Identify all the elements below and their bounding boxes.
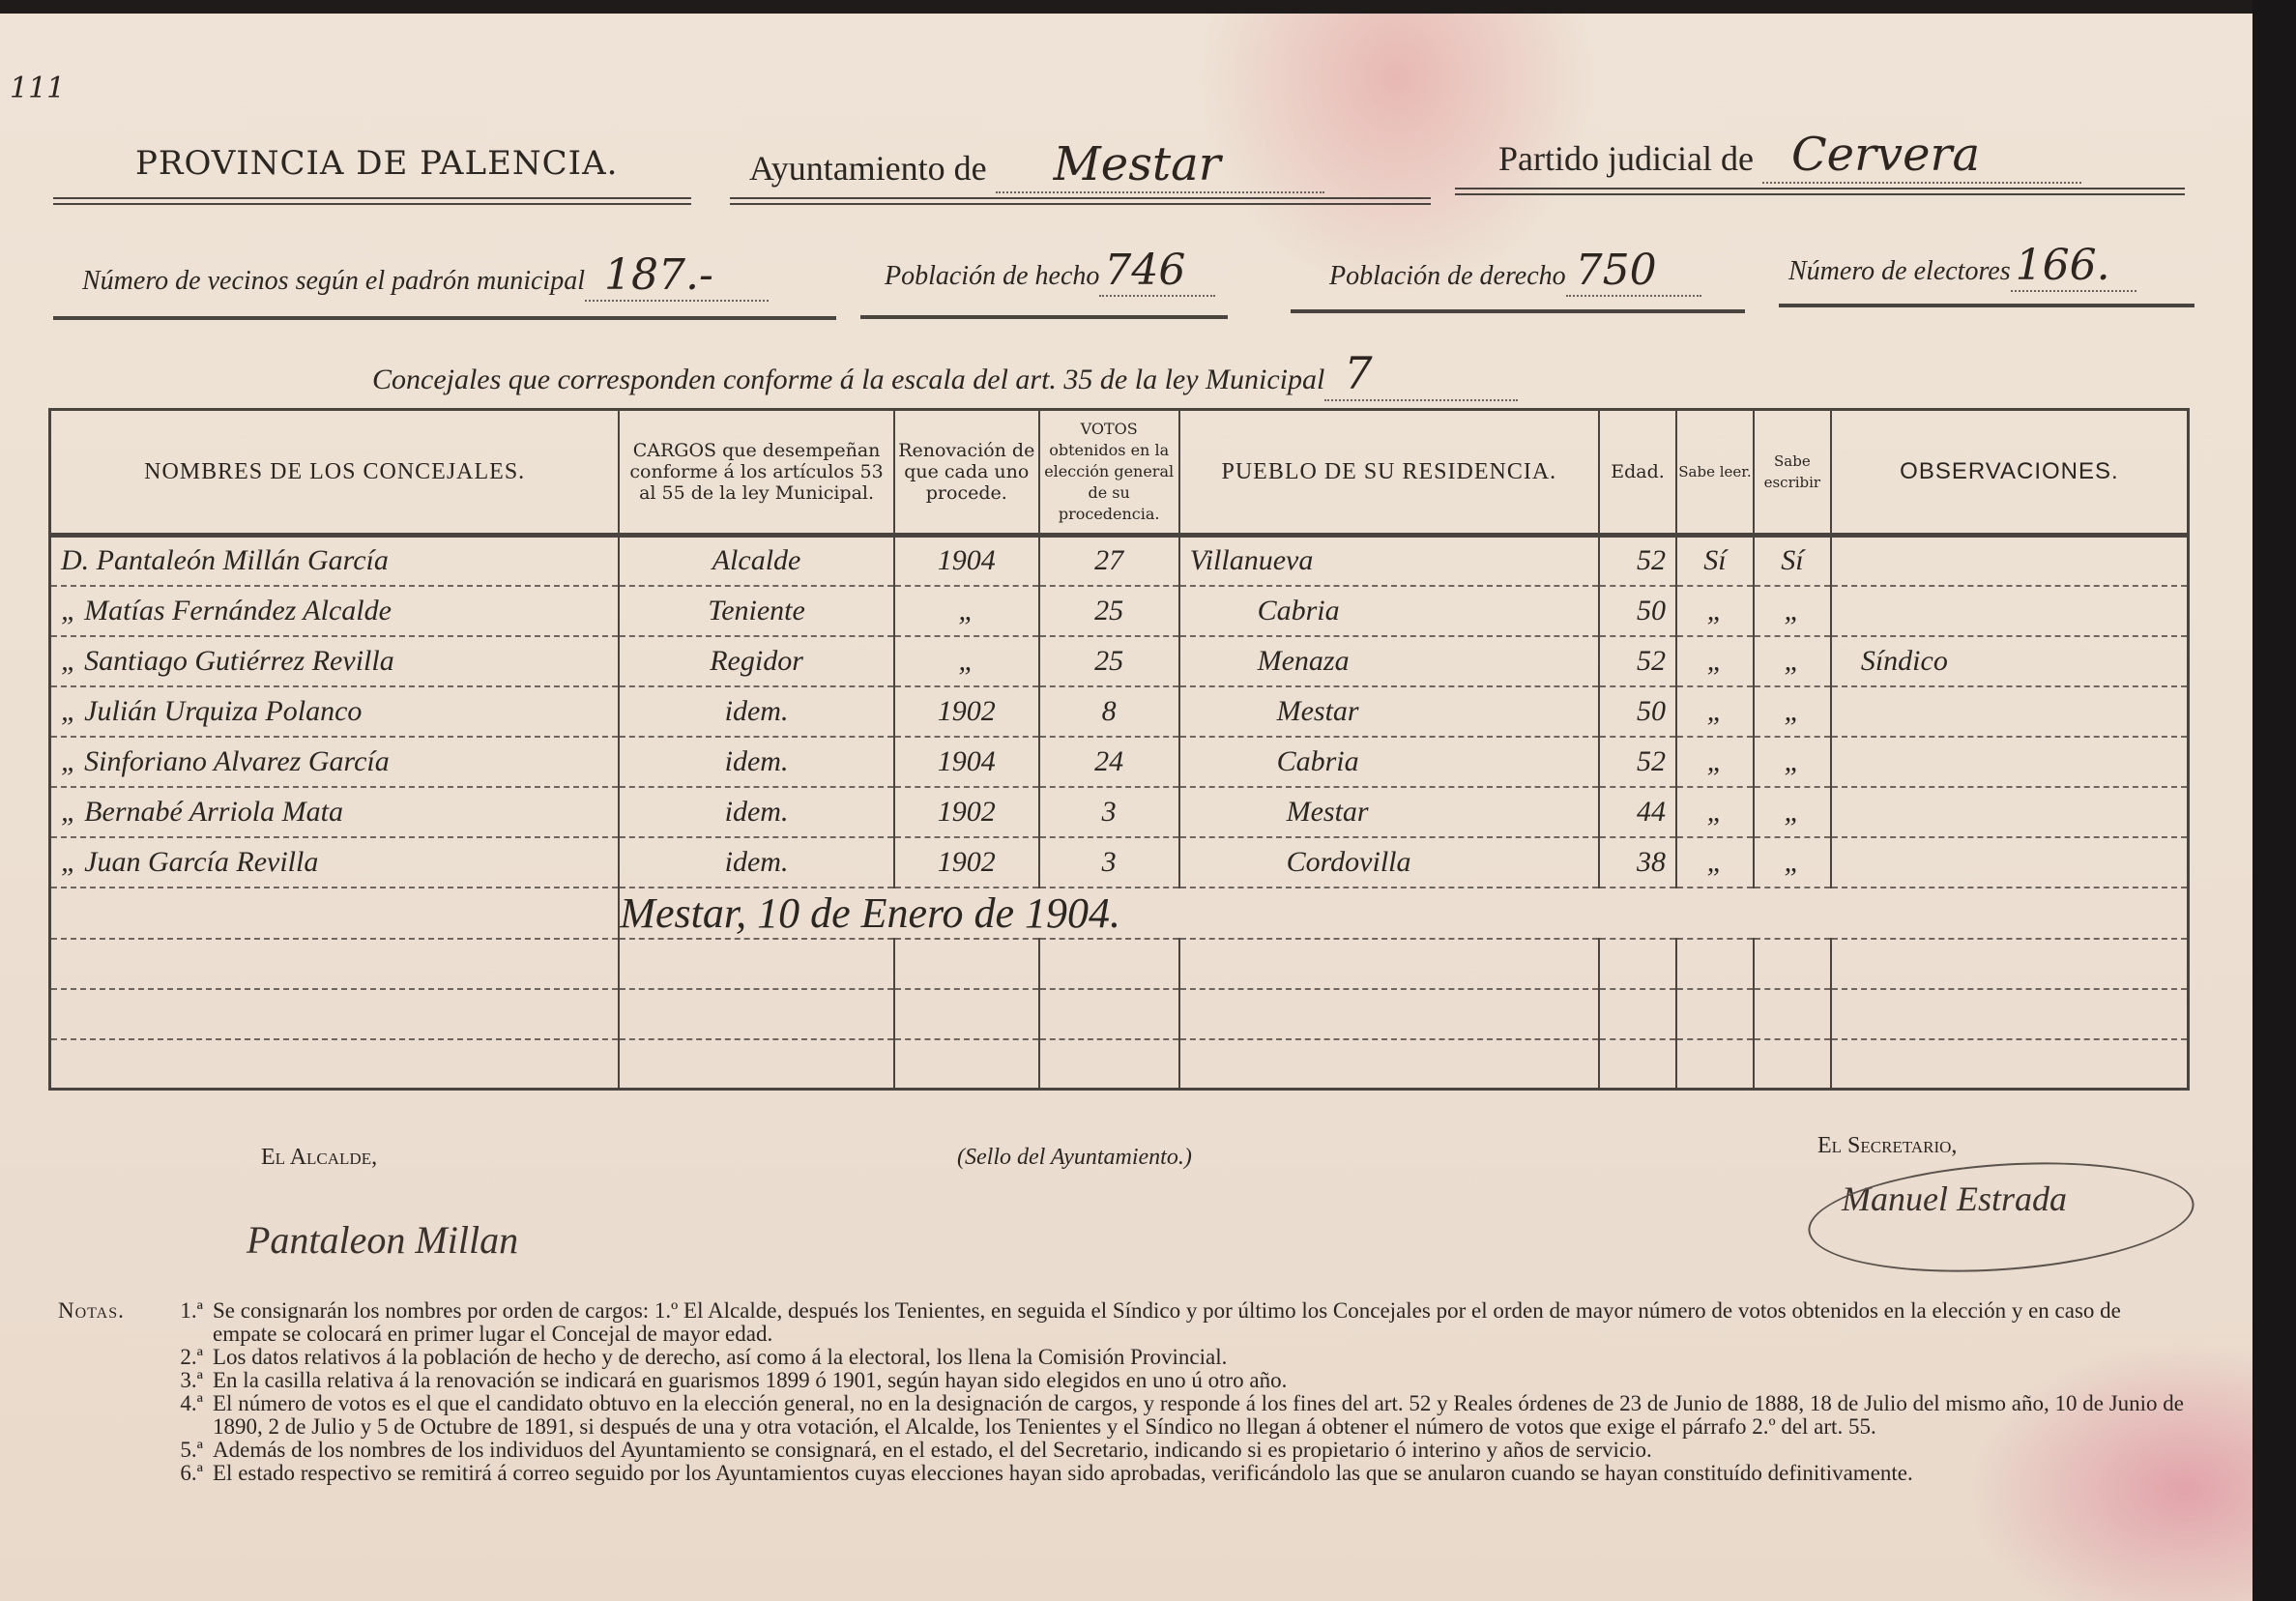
col-nombres: NOMBRES DE LOS CONCEJALES. [50, 410, 620, 536]
cell-renovacion: 1904 [894, 536, 1039, 586]
cell-votos: 25 [1039, 586, 1179, 636]
cell-renovacion: 1902 [894, 837, 1039, 888]
note-number: 2.ª [155, 1346, 213, 1369]
col-observaciones: OBSERVACIONES. [1831, 410, 2189, 536]
cell-cargo: idem. [619, 787, 894, 837]
cell-renovacion: „ [894, 586, 1039, 636]
cell-escribir: „ [1754, 737, 1831, 787]
cell-cargo: Alcalde [619, 536, 894, 586]
header-rule [1455, 188, 2185, 195]
book-spine-edge [2252, 0, 2296, 1601]
cell-leer: „ [1676, 586, 1754, 636]
stats-rule [1779, 304, 2194, 307]
cell-escribir: „ [1754, 837, 1831, 888]
cell-observaciones: Síndico [1831, 636, 2189, 686]
cell-observaciones [1831, 686, 2189, 737]
note-text: En la casilla relativa á la renovación s… [213, 1369, 2185, 1392]
header-rule [730, 197, 1431, 205]
cell-observaciones [1831, 837, 2189, 888]
alcalde-label: El Alcalde, [261, 1145, 377, 1171]
note-number: 1.ª [155, 1299, 213, 1346]
electores-label: Número de electores [1788, 256, 2011, 286]
note-text: Se consignarán los nombres por orden de … [213, 1299, 2185, 1346]
cell-edad: 50 [1599, 686, 1676, 737]
derecho-label: Población de derecho [1329, 261, 1566, 291]
cell-renovacion: 1904 [894, 737, 1039, 787]
cell-votos: 3 [1039, 837, 1179, 888]
table-row: „ Julián Urquiza Polanco idem. 1902 8 Me… [50, 686, 2189, 737]
col-votos: VOTOS obtenidos en la elección general d… [1039, 410, 1179, 536]
cell-escribir: Sí [1754, 536, 1831, 586]
vecinos-label: Número de vecinos según el padrón munici… [82, 266, 585, 296]
cell-leer: „ [1676, 787, 1754, 837]
cell-escribir: „ [1754, 787, 1831, 837]
cell-votos: 24 [1039, 737, 1179, 787]
table-row-empty [50, 939, 2189, 989]
note-number: 5.ª [155, 1439, 213, 1462]
concejales-table: NOMBRES DE LOS CONCEJALES. CARGOS que de… [48, 408, 2190, 1091]
cell-cargo: Teniente [619, 586, 894, 636]
cell-leer: „ [1676, 686, 1754, 737]
cell-pueblo: Menaza [1179, 636, 1599, 686]
cell-nombre: „ Juan García Revilla [50, 837, 620, 888]
partido-value: Cervera [1762, 128, 2081, 184]
cell-leer: Sí [1676, 536, 1754, 586]
electores-value: 166. [2011, 241, 2136, 292]
table-row-empty [50, 1039, 2189, 1090]
cell-nombre: „ Sinforiano Alvarez García [50, 737, 620, 787]
cell-pueblo: Cabria [1179, 737, 1599, 787]
table-row: „ Santiago Gutiérrez Revilla Regidor „ 2… [50, 636, 2189, 686]
page-number: 111 [10, 72, 65, 105]
note-text: El estado respectivo se remitirá á corre… [213, 1462, 2185, 1485]
cell-renovacion: 1902 [894, 787, 1039, 837]
cell-cargo: Regidor [619, 636, 894, 686]
concejales-label: Concejales que corresponden conforme á l… [372, 364, 1324, 395]
col-cargos: CARGOS que desempeñan conforme á los art… [619, 410, 894, 536]
stats-rule [1291, 309, 1745, 313]
provincia-title: PROVINCIA DE PALENCIA. [135, 144, 618, 183]
cell-cargo: idem. [619, 737, 894, 787]
cell-renovacion: 1902 [894, 686, 1039, 737]
cell-nombre: „ Matías Fernández Alcalde [50, 586, 620, 636]
cell-nombre: D. Pantaleón Millán García [50, 536, 620, 586]
cell-escribir: „ [1754, 686, 1831, 737]
cell-edad: 52 [1599, 636, 1676, 686]
table-row: „ Sinforiano Alvarez García idem. 1904 2… [50, 737, 2189, 787]
col-pueblo: PUEBLO DE SU RESIDENCIA. [1179, 410, 1599, 536]
cell-cargo: idem. [619, 837, 894, 888]
table-row-date: Mestar, 10 de Enero de 1904. [50, 888, 2189, 939]
sello-label: (Sello del Ayuntamiento.) [957, 1145, 1192, 1171]
cell-edad: 50 [1599, 586, 1676, 636]
hecho-label: Población de hecho [885, 261, 1099, 291]
cell-pueblo: Mestar [1179, 686, 1599, 737]
secretario-label: El Secretario, [1817, 1133, 1957, 1159]
cell-edad: 52 [1599, 737, 1676, 787]
col-renovacion: Renovación de que cada uno procede. [894, 410, 1039, 536]
partido-label: Partido judicial de [1498, 139, 1754, 178]
concejales-value: 7 [1324, 347, 1518, 401]
table-row-empty [50, 989, 2189, 1039]
notes-heading: Notas. [58, 1299, 155, 1346]
cell-pueblo: Mestar [1179, 787, 1599, 837]
cell-observaciones [1831, 787, 2189, 837]
table-row: „ Bernabé Arriola Mata idem. 1902 3 Mest… [50, 787, 2189, 837]
document-page: 111 PROVINCIA DE PALENCIA. Ayuntamiento … [0, 14, 2252, 1601]
note-text: El número de votos es el que el candidat… [213, 1392, 2185, 1439]
note-text: Los datos relativos á la población de he… [213, 1346, 2185, 1369]
cell-nombre: „ Santiago Gutiérrez Revilla [50, 636, 620, 686]
ayuntamiento-label: Ayuntamiento de [749, 149, 987, 188]
cell-leer: „ [1676, 636, 1754, 686]
note-text: Además de los nombres de los individuos … [213, 1439, 2185, 1462]
cell-edad: 52 [1599, 536, 1676, 586]
date-line: Mestar, 10 de Enero de 1904. [619, 888, 2188, 939]
derecho-value: 750 [1566, 246, 1701, 297]
table-row: D. Pantaleón Millán García Alcalde 1904 … [50, 536, 2189, 586]
cell-votos: 27 [1039, 536, 1179, 586]
cell-escribir: „ [1754, 586, 1831, 636]
ayuntamiento-value: Mestar [996, 137, 1324, 193]
cell-nombre: „ Julián Urquiza Polanco [50, 686, 620, 737]
col-sabe-leer: Sabe leer. [1676, 410, 1754, 536]
cell-observaciones [1831, 737, 2189, 787]
cell-escribir: „ [1754, 636, 1831, 686]
cell-pueblo: Villanueva [1179, 536, 1599, 586]
cell-leer: „ [1676, 737, 1754, 787]
col-sabe-escribir: Sabe escribir [1754, 410, 1831, 536]
cell-pueblo: Cabria [1179, 586, 1599, 636]
note-number: 3.ª [155, 1369, 213, 1392]
cell-cargo: idem. [619, 686, 894, 737]
table-header-row: NOMBRES DE LOS CONCEJALES. CARGOS que de… [50, 410, 2189, 536]
cell-pueblo: Cordovilla [1179, 837, 1599, 888]
cell-edad: 44 [1599, 787, 1676, 837]
table-row: „ Juan García Revilla idem. 1902 3 Cordo… [50, 837, 2189, 888]
col-edad: Edad. [1599, 410, 1676, 536]
cell-leer: „ [1676, 837, 1754, 888]
notes-section: Notas.1.ªSe consignarán los nombres por … [58, 1299, 2185, 1485]
stats-rule [53, 316, 836, 320]
cell-nombre: „ Bernabé Arriola Mata [50, 787, 620, 837]
note-number: 4.ª [155, 1392, 213, 1439]
header-rule [53, 197, 691, 205]
note-number: 6.ª [155, 1462, 213, 1485]
alcalde-signature: Pantaleon Millan [247, 1217, 518, 1263]
table-row: „ Matías Fernández Alcalde Teniente „ 25… [50, 586, 2189, 636]
hecho-value: 746 [1099, 246, 1215, 297]
cell-votos: 3 [1039, 787, 1179, 837]
cell-observaciones [1831, 536, 2189, 586]
cell-votos: 25 [1039, 636, 1179, 686]
stats-rule [860, 315, 1228, 319]
cell-edad: 38 [1599, 837, 1676, 888]
signature-flourish [1805, 1150, 2198, 1284]
vecinos-value: 187.- [585, 250, 769, 302]
cell-votos: 8 [1039, 686, 1179, 737]
cell-observaciones [1831, 586, 2189, 636]
cell-renovacion: „ [894, 636, 1039, 686]
